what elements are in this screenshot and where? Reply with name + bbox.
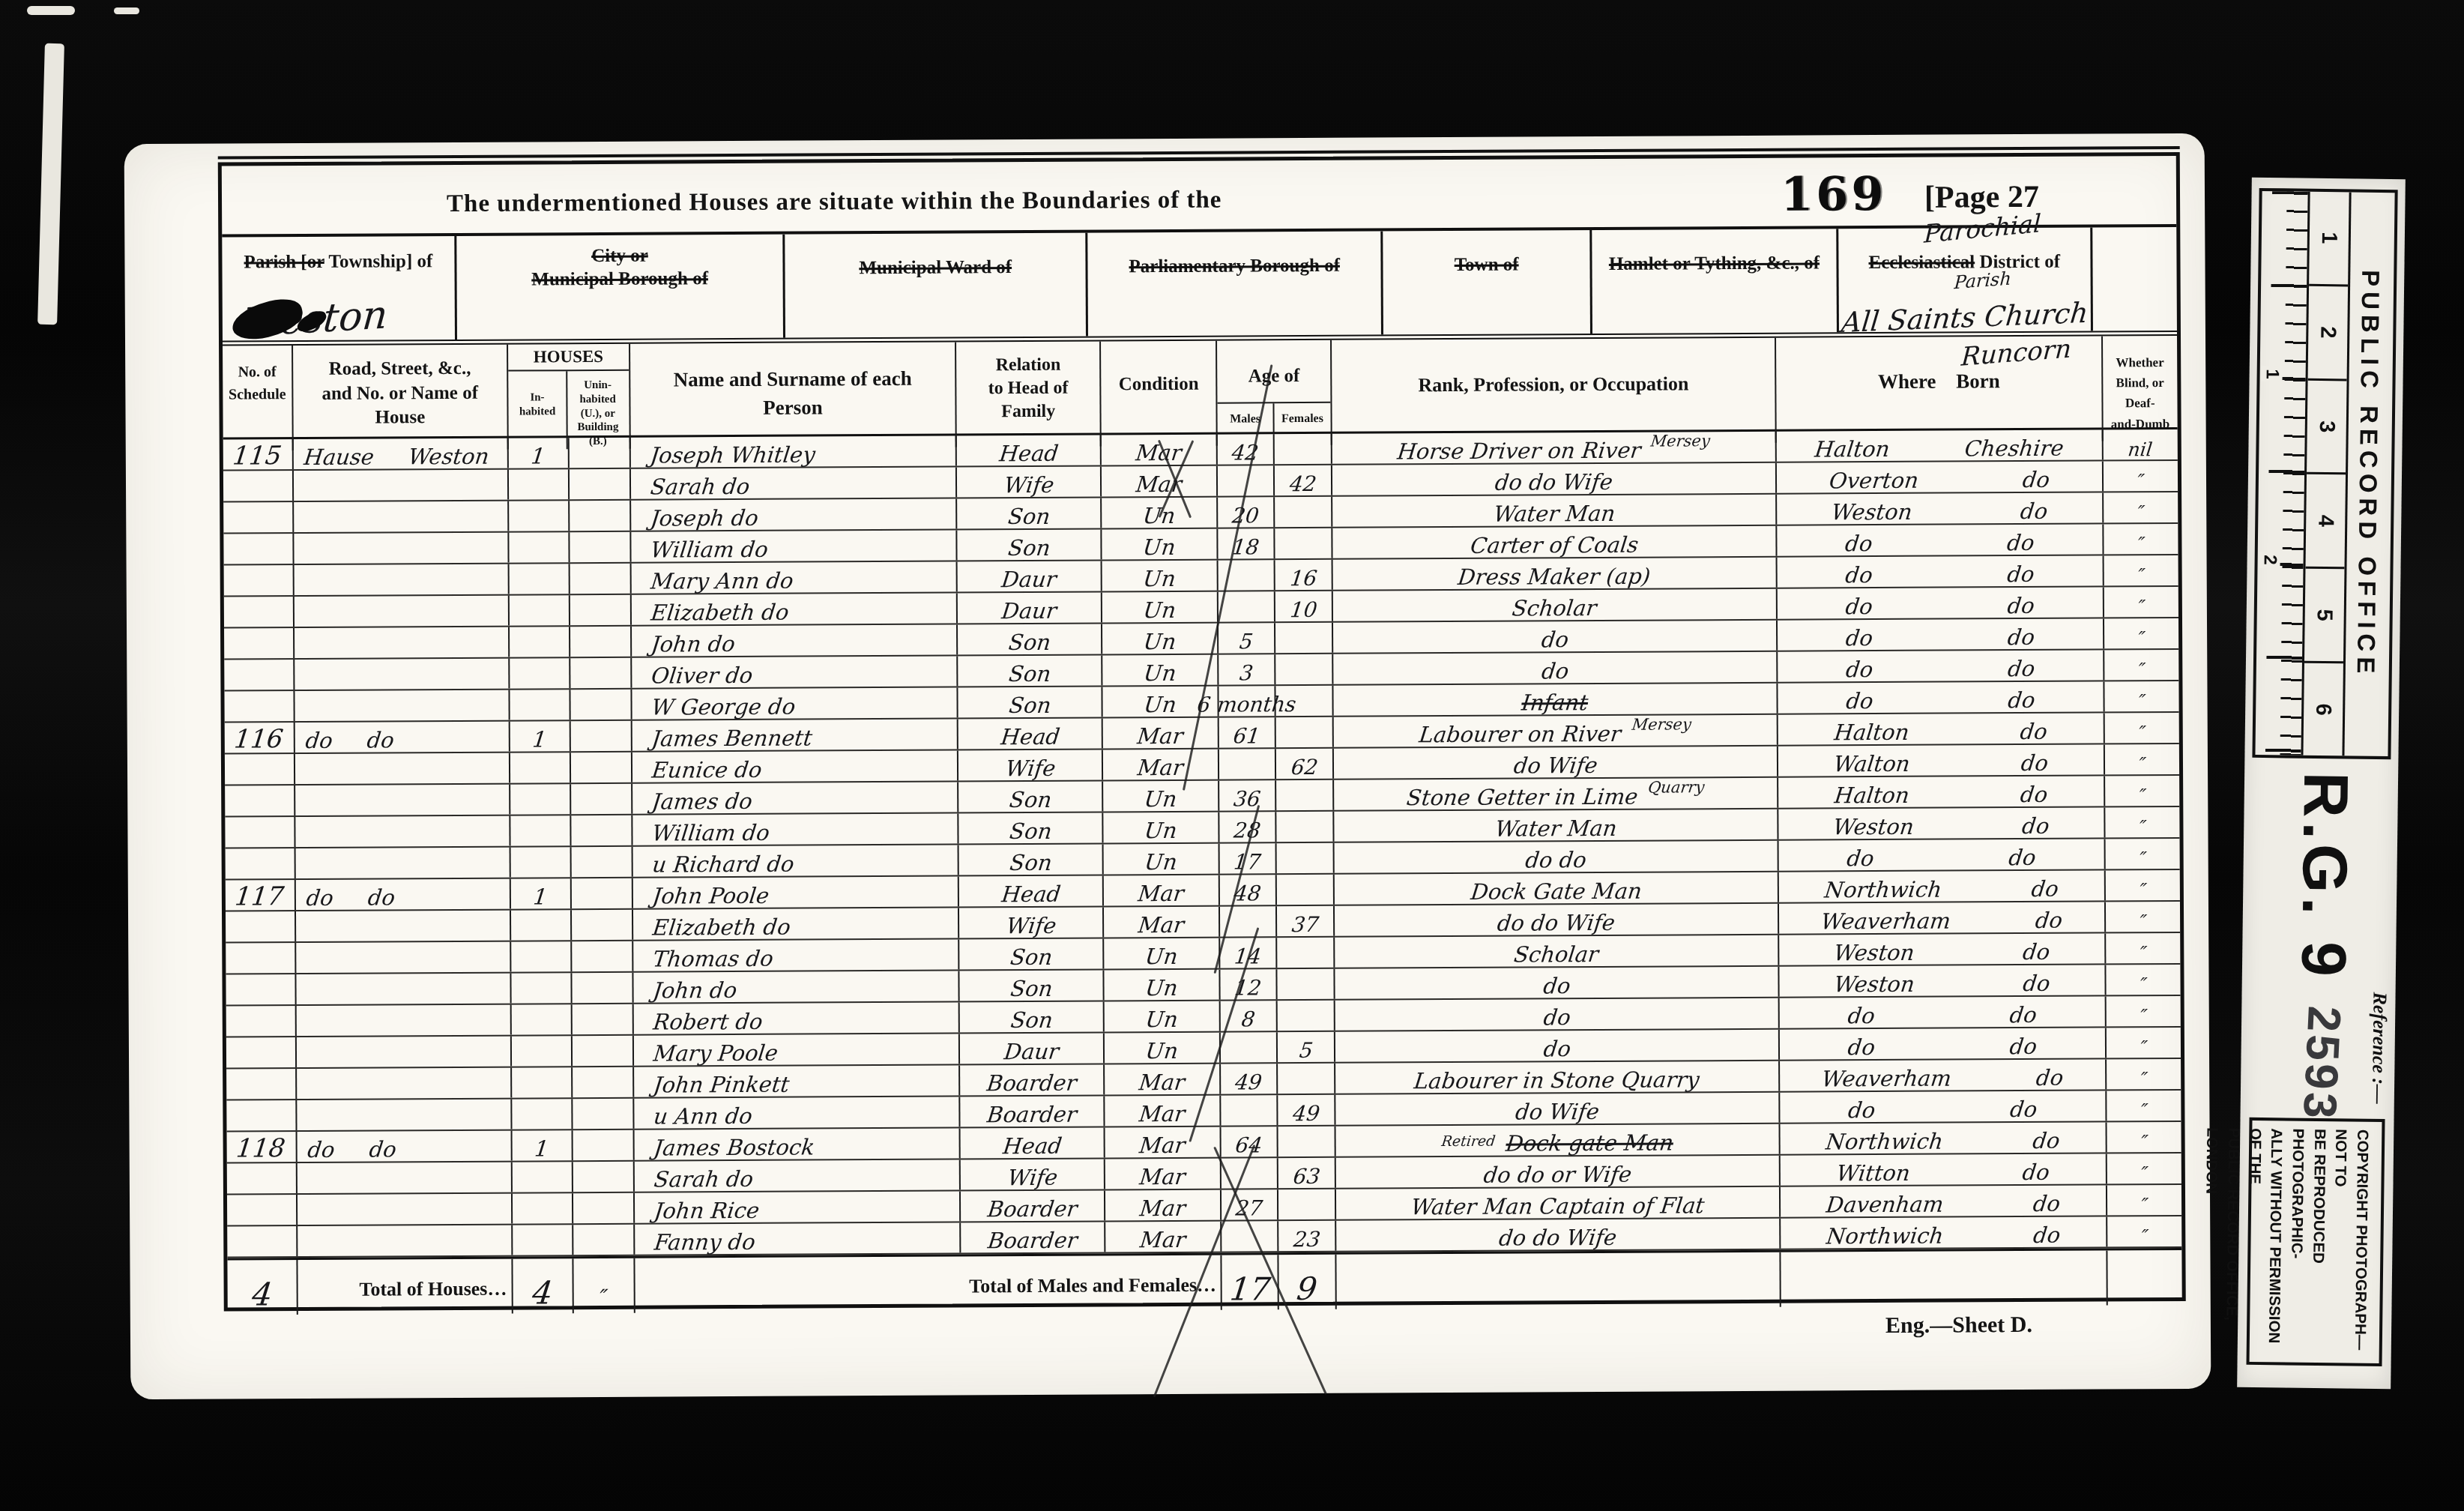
cell-blind: ″: [2105, 839, 2179, 869]
cell-where-born: Weaverhamdo: [1779, 902, 2106, 933]
cell-age-male: 18: [1219, 528, 1275, 558]
cell-age-male: 42: [1218, 434, 1275, 464]
cell-uninhabited: [570, 469, 631, 499]
cell-condition: Un: [1102, 624, 1219, 654]
district-eccl-handwritten-mid: Parish: [1954, 269, 2012, 292]
scan-speck: [114, 7, 139, 14]
cell-condition: Mar: [1105, 1127, 1222, 1158]
total-schedule: 4: [227, 1260, 298, 1315]
copyright-line: ALLY WITHOUT PERMISSION OF THE: [2241, 1128, 2287, 1355]
cell-inhabited: 1: [512, 1130, 573, 1160]
cell-age-male: 3: [1219, 654, 1276, 684]
cell-blind: ″: [2104, 681, 2178, 712]
cell-schedule: [226, 974, 296, 1004]
cell-name: William do: [632, 813, 959, 845]
cell-age-female: [1277, 938, 1335, 968]
cell-inhabited: [510, 847, 571, 877]
cell-uninhabited: [570, 501, 631, 531]
census-sheet-page: The undermentioned Houses are situate wi…: [124, 133, 2211, 1400]
total-uninhabited-value: ″: [573, 1258, 635, 1313]
cell-road: [298, 1162, 513, 1194]
cell-condition: Un: [1102, 655, 1219, 686]
cell-blind: ″: [2104, 618, 2178, 649]
cell-condition: Mar: [1102, 466, 1218, 497]
copyright-line: COPYRIGHT PHOTOGRAPH—NOT TO: [2327, 1129, 2373, 1356]
cell-relation: Son: [959, 844, 1104, 875]
cell-name: Oliver do: [632, 656, 958, 687]
cell-age-female: [1276, 780, 1334, 810]
cell-name: William do: [631, 530, 958, 561]
cell-blind: ″: [2106, 902, 2180, 932]
total-occupation-empty: [1336, 1252, 1781, 1309]
district-label-struck: Hamlet or Tything, &c., of: [1592, 229, 1836, 276]
cell-blind: ″: [2107, 1216, 2181, 1247]
header-name: Name and Surname of each Person: [630, 342, 957, 448]
cell-where-born: HaltonCheshire: [1777, 429, 2104, 461]
cell-age-female: 42: [1275, 465, 1332, 495]
cell-inhabited: [509, 501, 570, 531]
cell-relation: Son: [957, 498, 1102, 528]
cell-condition: Mar: [1102, 435, 1218, 465]
cell-age-female: [1277, 969, 1335, 999]
cell-road: [295, 848, 510, 879]
pro-ruler: PUBLIC RECORD OFFICE 1 2 3 4 5 6 1 2: [2252, 188, 2397, 759]
cell-name: Robert do: [633, 1002, 960, 1034]
cell-age-female: [1278, 1127, 1336, 1156]
ruler-number: 5: [2304, 569, 2345, 663]
cell-schedule: [226, 911, 296, 941]
scan-speck: [27, 6, 75, 15]
cell-age-female: [1275, 497, 1332, 527]
cell-name: James Bennett: [632, 719, 958, 750]
header-occupation: Rank, Profession, or Occupation: [1332, 338, 1777, 445]
ruler-number: 6: [2303, 663, 2343, 755]
cell-inhabited: [510, 815, 571, 845]
folio-number-stamp: 169: [1781, 166, 1887, 222]
cell-relation: Daur: [960, 1033, 1105, 1064]
cell-schedule: [226, 848, 296, 878]
cell-uninhabited: [570, 658, 632, 688]
cell-occupation: do: [1335, 1030, 1781, 1062]
cell-occupation: do do or Wife: [1336, 1156, 1781, 1188]
cell-schedule: 118: [227, 1132, 298, 1162]
cell-occupation: Water Man: [1334, 809, 1779, 842]
cell-blind: ″: [2104, 555, 2178, 586]
cell-condition: Un: [1102, 592, 1219, 623]
cell-occupation: Scholar: [1333, 589, 1778, 621]
cell-inhabited: [511, 941, 572, 971]
cell-where-born: dodo: [1780, 996, 2107, 1028]
cell-road: [297, 1068, 512, 1100]
cell-condition: Un: [1104, 812, 1220, 843]
cell-blind: ″: [2107, 1059, 2181, 1090]
cell-schedule: [224, 660, 295, 690]
cell-occupation: Horse Driver on RiverMersey: [1332, 432, 1778, 464]
sheet-footer-label: Eng.—Sheet D.: [1885, 1312, 2032, 1339]
cell-occupation: do: [1335, 967, 1780, 999]
cell-blind: ″: [2106, 996, 2180, 1027]
cell-where-born: Davenhamdo: [1781, 1185, 2107, 1216]
cell-name: u Ann do: [634, 1097, 961, 1128]
cell-occupation: Labourer in Stone Quarry: [1335, 1061, 1781, 1094]
ruler-inch-number: 2: [2259, 552, 2280, 568]
cell-relation: Son: [960, 1001, 1105, 1032]
cell-occupation: Dress Maker (ap): [1333, 558, 1778, 590]
cell-relation: Son: [958, 687, 1103, 717]
district-label-struck: Municipal Ward of: [785, 233, 1086, 280]
cell-relation: Wife: [958, 750, 1103, 780]
cell-condition: Mar: [1105, 1064, 1221, 1095]
cell-relation: Son: [959, 812, 1104, 843]
cell-uninhabited: [573, 1099, 634, 1129]
cell-name: James Bostock: [634, 1128, 961, 1159]
cell-condition: Mar: [1103, 750, 1219, 780]
cell-relation: Wife: [959, 907, 1104, 938]
cell-road: [297, 1037, 512, 1068]
cell-relation: Son: [958, 624, 1102, 654]
cell-schedule: [226, 1069, 297, 1099]
cell-occupation: do do: [1335, 841, 1780, 873]
cell-inhabited: [510, 753, 571, 782]
cell-schedule: [227, 1163, 298, 1193]
cell-age-male: 61: [1219, 717, 1276, 747]
cell-occupation: Water Man: [1332, 495, 1778, 527]
header-males: Males: [1218, 403, 1274, 434]
header-females: Females: [1274, 403, 1330, 434]
cell-schedule: [224, 565, 295, 595]
cell-inhabited: [509, 564, 570, 594]
cell-blind: ″: [2107, 1028, 2181, 1058]
cell-age-female: 37: [1277, 906, 1335, 936]
cell-uninhabited: [570, 532, 631, 562]
cell-inhabited: [513, 1225, 573, 1255]
header-relation: Relation to Head of Family: [956, 341, 1102, 447]
cell-occupation: do: [1335, 998, 1781, 1031]
cell-relation: Head: [959, 875, 1104, 906]
ruler-number: 3: [2307, 380, 2347, 474]
cell-blind: ″: [2107, 1153, 2181, 1184]
cell-inhabited: [512, 1099, 573, 1129]
cell-blind: ″: [2104, 524, 2178, 555]
cell-inhabited: 1: [508, 438, 569, 468]
cell-schedule: [226, 1100, 297, 1130]
cell-age-female: [1278, 1064, 1335, 1094]
cell-where-born: Haltondo: [1778, 713, 2105, 744]
cell-age-male: 49: [1222, 1064, 1278, 1094]
cell-blind: ″: [2104, 587, 2178, 618]
cell-relation: Son: [958, 781, 1103, 812]
cell-age-male: 5: [1219, 623, 1275, 653]
cell-schedule: 116: [225, 723, 295, 753]
cell-uninhabited: [573, 1225, 635, 1255]
reference-label: Reference :—: [2367, 992, 2391, 1104]
cell-uninhabited: [572, 910, 633, 940]
cell-condition: Mar: [1105, 1159, 1222, 1189]
cell-where-born: Westondo: [1779, 807, 2106, 839]
cell-age-female: [1278, 1189, 1336, 1219]
cell-where-born: Waltondo: [1778, 744, 2105, 776]
cell-inhabited: [512, 1067, 573, 1097]
pro-reference-section: Reference :— R.G. 9 2593: [2241, 758, 2399, 1112]
cell-relation: Son: [958, 655, 1102, 686]
cell-road: [296, 942, 511, 974]
scan-edge-sliver: [37, 43, 64, 325]
cell-occupation: do Wife: [1335, 1093, 1781, 1125]
cell-schedule: [223, 534, 294, 564]
cell-occupation: Stone Getter in LimeQuarry: [1334, 778, 1779, 810]
cell-relation: Head: [961, 1127, 1105, 1158]
cell-where-born: Wittondo: [1781, 1153, 2107, 1185]
cell-uninhabited: [570, 721, 632, 751]
cell-age-female: 10: [1275, 591, 1333, 621]
cell-where-born: dodo: [1778, 555, 2104, 587]
cell-inhabited: [512, 1036, 573, 1066]
cell-occupation: do: [1333, 652, 1778, 684]
cell-road: [295, 816, 510, 848]
cell-relation: Daur: [958, 592, 1102, 623]
cell-road: [295, 659, 510, 690]
cell-blind: ″: [2106, 965, 2180, 995]
district-spacer: [2092, 227, 2177, 331]
cell-age-male: [1221, 1032, 1278, 1062]
cell-blind: ″: [2104, 461, 2178, 492]
cell-where-born: dodo: [1779, 839, 2106, 870]
cell-uninhabited: [573, 1130, 634, 1160]
cell-uninhabited: [570, 627, 632, 657]
cell-road: [295, 785, 510, 816]
cell-age-female: 63: [1278, 1158, 1336, 1188]
total-persons-label: Total of Males and Females…: [635, 1255, 1222, 1313]
cell-relation: Head: [957, 435, 1102, 465]
cell-condition: Mar: [1105, 1222, 1222, 1252]
cell-road: [297, 1100, 512, 1131]
cell-where-born: Westondo: [1779, 933, 2106, 965]
cell-road: [294, 533, 509, 564]
cell-inhabited: [509, 532, 570, 562]
cell-condition: Un: [1102, 561, 1219, 591]
district-label-struck: Parliamentary Borough of: [1088, 232, 1381, 279]
cell-age-female: 49: [1278, 1095, 1335, 1125]
header-condition: Condition: [1101, 341, 1218, 447]
cell-occupation: do: [1333, 621, 1778, 653]
district-parliamentary-borough: Parliamentary Borough of: [1088, 231, 1384, 336]
cell-uninhabited: [572, 941, 633, 971]
cell-occupation: Water Man Captain of Flat: [1336, 1187, 1781, 1219]
cell-name: Sarah do: [631, 467, 958, 498]
copyright-line: BE REPRODUCED PHOTOGRAPHIC-: [2284, 1128, 2330, 1355]
cell-name: Eunice do: [632, 750, 959, 782]
cell-inhabited: [510, 595, 570, 625]
total-males-value: 17: [1222, 1255, 1279, 1309]
cell-uninhabited: [570, 753, 632, 782]
cell-age-male: [1219, 591, 1275, 621]
district-label-struck: Ecclesiastical: [1868, 252, 1975, 273]
cell-age-male: 6 months: [1219, 686, 1276, 716]
cell-uninhabited: [570, 564, 631, 594]
cell-blind: ″: [2105, 807, 2179, 838]
cell-uninhabited: [569, 438, 630, 468]
page-title: The undermentioned Houses are situate wi…: [447, 187, 1222, 218]
cell-age-male: 48: [1220, 875, 1277, 905]
cell-where-born: Westondo: [1777, 492, 2104, 524]
district-eccl-handwritten-below: Runcorn: [1960, 336, 2072, 370]
cell-where-born: Northwichdo: [1781, 1122, 2107, 1153]
cell-occupation: do do Wife: [1336, 1219, 1781, 1251]
cell-relation: Son: [958, 529, 1102, 560]
cell-blind: nil: [2103, 429, 2177, 460]
header-blind: Whether Blind, or Deaf- and-Dumb: [2103, 336, 2178, 441]
cell-schedule: [226, 1006, 297, 1036]
cell-where-born: dodo: [1778, 587, 2104, 618]
cell-occupation: Infant: [1333, 684, 1778, 716]
cell-inhabited: [513, 1162, 573, 1192]
cell-where-born: dodo: [1781, 1091, 2107, 1122]
cell-relation: Boarder: [961, 1222, 1105, 1252]
census-rows: 115Hause Weston1Joseph WhitleyHeadMar42H…: [223, 429, 2182, 1258]
cell-age-female: [1276, 717, 1334, 747]
cell-relation: Boarder: [961, 1190, 1105, 1221]
cell-condition: Un: [1104, 938, 1220, 969]
ruler-inch-number: 1: [2262, 366, 2283, 382]
cell-age-female: [1275, 686, 1333, 716]
cell-occupation: RetiredDock gate Man: [1335, 1124, 1781, 1156]
cell-age-female: [1275, 623, 1333, 653]
cell-road: [296, 974, 511, 1005]
cell-where-born: dodo: [1778, 650, 2104, 681]
cell-schedule: [223, 471, 294, 501]
cell-schedule: [224, 691, 295, 721]
cell-uninhabited: [573, 1193, 635, 1223]
cell-condition: Un: [1104, 844, 1220, 875]
cell-inhabited: [510, 784, 571, 814]
cell-uninhabited: [571, 815, 632, 845]
pro-reference-strip: PUBLIC RECORD OFFICE 1 2 3 4 5 6 1 2 Ref…: [2237, 178, 2406, 1389]
title-band: The undermentioned Houses are situate wi…: [222, 156, 2176, 238]
total-females-value: 9: [1278, 1255, 1336, 1309]
cell-schedule: 117: [226, 880, 296, 910]
district-city-borough: City or Municipal Borough of: [456, 235, 785, 340]
cell-blind: ″: [2106, 933, 2180, 964]
census-form-frame: The undermentioned Houses are situate wi…: [218, 152, 2186, 1312]
cell-schedule: [224, 597, 295, 627]
cell-uninhabited: [573, 1067, 634, 1097]
cell-inhabited: [510, 658, 570, 688]
district-eccl-handwritten: All Saints Church: [1838, 299, 2092, 337]
cell-occupation: Scholar: [1335, 935, 1780, 968]
cell-road: [298, 1194, 513, 1225]
cell-relation: Wife: [957, 466, 1102, 497]
cell-occupation: Dock Gate Man: [1335, 872, 1780, 905]
cell-where-born: dodo: [1778, 618, 2104, 650]
cell-name: James do: [632, 782, 959, 813]
cell-relation: Son: [960, 970, 1105, 1001]
copyright-line: PUBLIC RECORD OFFICE, LONDON: [2198, 1127, 2244, 1354]
cell-age-female: [1275, 434, 1332, 464]
cell-relation: Boarder: [960, 1064, 1105, 1095]
cell-name: John Rice: [635, 1191, 961, 1222]
header-houses-label: HOUSES: [508, 344, 629, 372]
cell-uninhabited: [571, 847, 632, 877]
cell-occupation: do Wife: [1334, 747, 1779, 779]
district-label-struck: Town of: [1383, 230, 1589, 277]
cell-inhabited: 1: [511, 878, 572, 908]
cell-blind: ″: [2104, 650, 2178, 681]
header-road: Road, Street, &c., and No. or Name of Ho…: [293, 345, 509, 450]
cell-inhabited: 1: [510, 721, 570, 751]
district-label-struck: Parish [or: [244, 252, 324, 273]
column-header-row: No. of Schedule Road, Street, &c., and N…: [223, 336, 2178, 440]
district-municipal-ward: Municipal Ward of: [785, 233, 1088, 338]
cell-relation: Son: [959, 938, 1104, 969]
cell-uninhabited: [571, 784, 632, 814]
cell-name: Elizabeth do: [633, 908, 960, 939]
cell-inhabited: [511, 973, 572, 1003]
cell-road: [295, 596, 510, 627]
cell-inhabited: [509, 469, 570, 499]
cell-age-female: [1275, 528, 1332, 558]
cell-name: Elizabeth do: [632, 593, 958, 624]
cell-uninhabited: [572, 1004, 633, 1034]
cell-name: John do: [632, 624, 958, 656]
reference-value: R.G. 9: [2287, 771, 2362, 981]
cell-condition: Un: [1105, 1001, 1221, 1032]
ruler-number: 2: [2308, 286, 2349, 381]
cell-age-male: 36: [1220, 780, 1277, 810]
cell-blind: ″: [2107, 1091, 2181, 1121]
cell-age-female: [1275, 654, 1333, 684]
cell-blind: ″: [2104, 713, 2178, 744]
cell-age-female: 23: [1278, 1221, 1336, 1251]
cell-age-female: [1276, 812, 1334, 842]
district-town: Town of: [1383, 230, 1592, 334]
total-houses-value: 4: [513, 1258, 573, 1313]
cell-name: Fanny do: [635, 1222, 961, 1254]
cell-blind: ″: [2106, 870, 2180, 901]
cell-road: [296, 911, 511, 942]
total-blind-empty: [2107, 1250, 2181, 1306]
cell-condition: Un: [1105, 970, 1221, 1001]
cell-schedule: [226, 1037, 297, 1067]
cell-blind: ″: [2105, 776, 2179, 806]
cell-schedule: [223, 502, 294, 532]
cell-condition: Mar: [1104, 907, 1220, 938]
cell-condition: Mar: [1104, 875, 1220, 906]
cell-where-born: dodo: [1778, 681, 2105, 713]
totals-row: 4 Total of Houses… 4 ″ Total of Males an…: [227, 1248, 2181, 1315]
header-schedule: No. of Schedule: [223, 346, 294, 450]
cell-road: [298, 1225, 513, 1257]
cell-road: [297, 1005, 512, 1037]
cell-occupation: do do Wife: [1335, 904, 1780, 936]
cell-where-born: Northwichdo: [1781, 1216, 2107, 1248]
cell-age-male: [1222, 1095, 1278, 1125]
cell-schedule: [227, 1226, 298, 1256]
cell-where-born: Northwichdo: [1779, 870, 2106, 902]
cell-condition: Un: [1102, 529, 1219, 560]
cell-where-born: Westondo: [1780, 965, 2107, 996]
cell-blind: ″: [2104, 492, 2178, 523]
cell-uninhabited: [573, 1162, 634, 1192]
cell-age-male: 20: [1219, 497, 1275, 527]
cell-uninhabited: [570, 690, 632, 720]
cell-age-female: 62: [1276, 749, 1334, 779]
cell-relation: Head: [958, 718, 1103, 749]
cell-name: John Pinkett: [634, 1065, 961, 1097]
cell-road: do do: [297, 1131, 512, 1162]
ruler-tick-marks: 1 2: [2255, 191, 2307, 755]
cell-road: [295, 753, 510, 785]
cell-condition: Mar: [1105, 1190, 1222, 1221]
